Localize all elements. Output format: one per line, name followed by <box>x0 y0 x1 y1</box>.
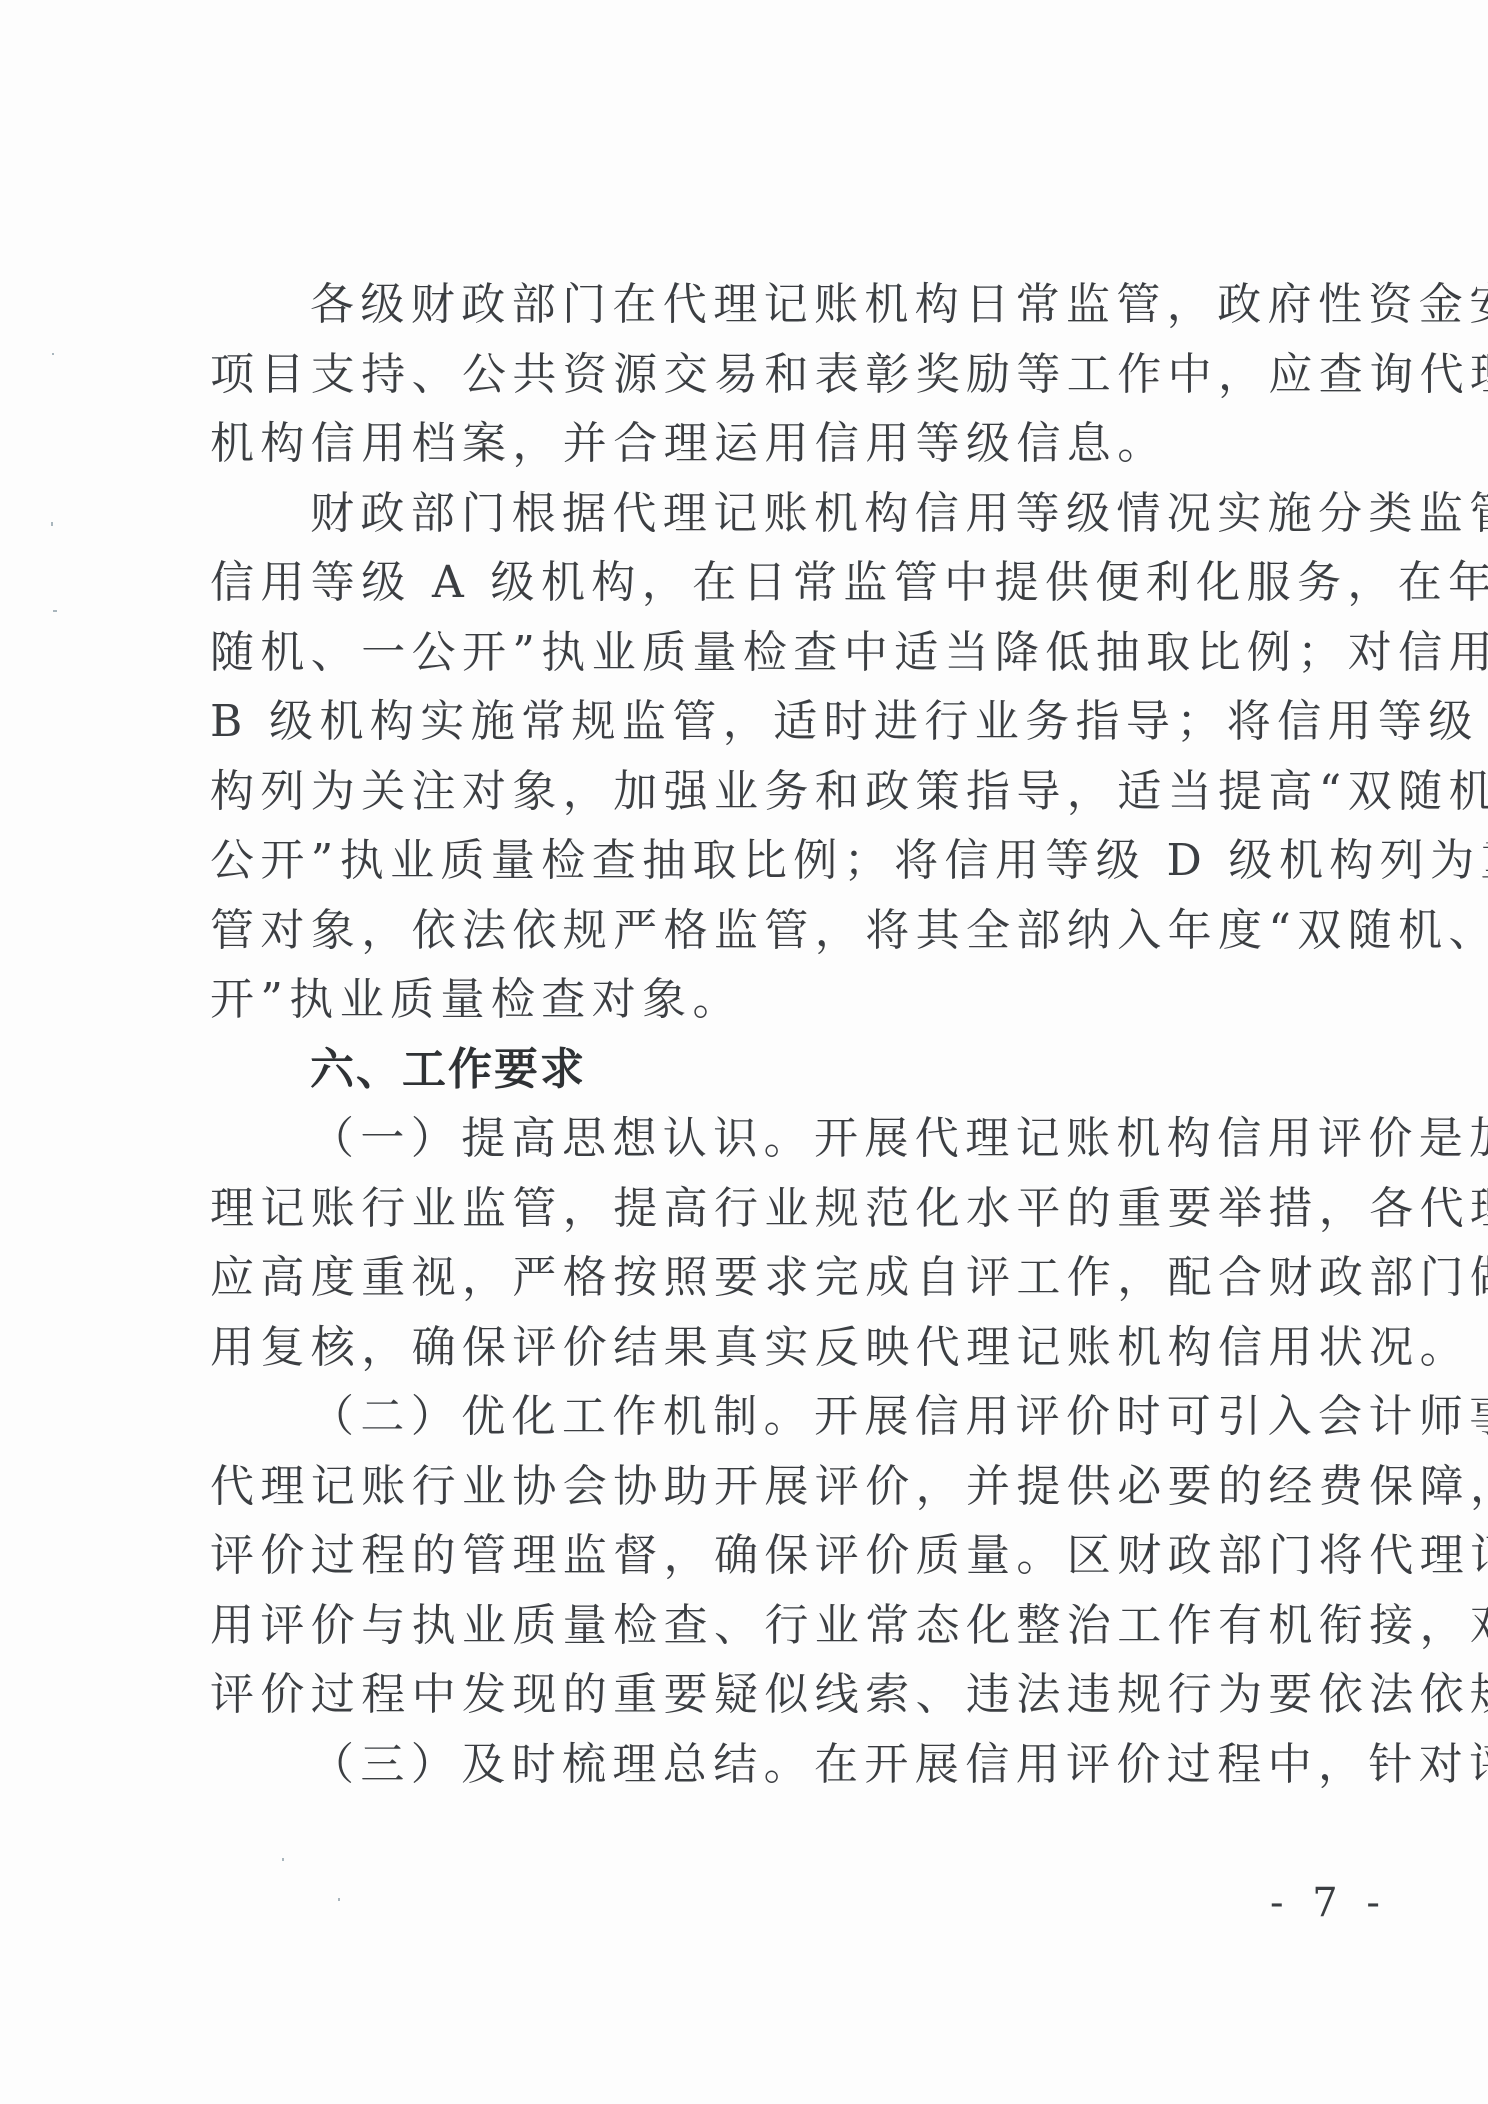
paragraph-line: 用复核，确保评价结果真实反映代理记账机构信用状况。 <box>210 1313 1310 1383</box>
paragraph-line: 用评价与执业质量检查、行业常态化整治工作有机衔接，对信用 <box>210 1591 1310 1661</box>
paragraph-line: 评价过程的管理监督，确保评价质量。区财政部门将代理记账信 <box>210 1521 1310 1591</box>
scan-speck <box>53 610 57 612</box>
paragraph-line: B 级机构实施常规监管，适时进行业务指导；将信用等级 C 级机 <box>210 687 1310 757</box>
paragraph-line: 随机、一公开”执业质量检查中适当降低抽取比例；对信用等级 <box>210 618 1310 688</box>
paragraph-line: 管对象，依法依规严格监管，将其全部纳入年度“双随机、一公 <box>210 896 1310 966</box>
paragraph-line: 理记账行业监管，提高行业规范化水平的重要举措，各代理机构 <box>210 1174 1310 1244</box>
paragraph-line: 项目支持、公共资源交易和表彰奖励等工作中，应查询代理记账 <box>210 340 1310 410</box>
paragraph-line: （三）及时梳理总结。在开展信用评价过程中，针对评价工 <box>210 1730 1310 1800</box>
paragraph-line: 机构信用档案，并合理运用信用等级信息。 <box>210 409 1310 479</box>
scan-speck <box>282 1858 284 1861</box>
paragraph-line: （一）提高思想认识。开展代理记账机构信用评价是加强代 <box>210 1104 1310 1174</box>
paragraph-line: （二）优化工作机制。开展信用评价时可引入会计师事务所、 <box>210 1382 1310 1452</box>
section-heading: 六、工作要求 <box>210 1035 1310 1105</box>
paragraph-line: 应高度重视，严格按照要求完成自评工作，配合财政部门做好信 <box>210 1243 1310 1313</box>
scan-speck <box>52 353 54 355</box>
paragraph-line: 开”执业质量检查对象。 <box>210 965 1310 1035</box>
paragraph-line: 构列为关注对象，加强业务和政策指导，适当提高“双随机、一 <box>210 757 1310 827</box>
paragraph-line: 公开”执业质量检查抽取比例；将信用等级 D 级机构列为重点监 <box>210 826 1310 896</box>
document-page: 各级财政部门在代理记账机构日常监管，政府性资金安排、 项目支持、公共资源交易和表… <box>0 0 1488 2104</box>
scan-speck <box>338 1898 340 1901</box>
document-body: 各级财政部门在代理记账机构日常监管，政府性资金安排、 项目支持、公共资源交易和表… <box>210 270 1310 1799</box>
paragraph-line: 评价过程中发现的重要疑似线索、违法违规行为要依法依规查处。 <box>210 1660 1310 1730</box>
paragraph-line: 各级财政部门在代理记账机构日常监管，政府性资金安排、 <box>210 270 1310 340</box>
page-number: - 7 - <box>1270 1880 1388 1926</box>
paragraph-line: 财政部门根据代理记账机构信用等级情况实施分类监管。对 <box>210 479 1310 549</box>
paragraph-line: 代理记账行业协会协助开展评价，并提供必要的经费保障，加强 <box>210 1452 1310 1522</box>
scan-speck <box>51 522 53 526</box>
paragraph-line: 信用等级 A 级机构，在日常监管中提供便利化服务，在年度“双 <box>210 548 1310 618</box>
